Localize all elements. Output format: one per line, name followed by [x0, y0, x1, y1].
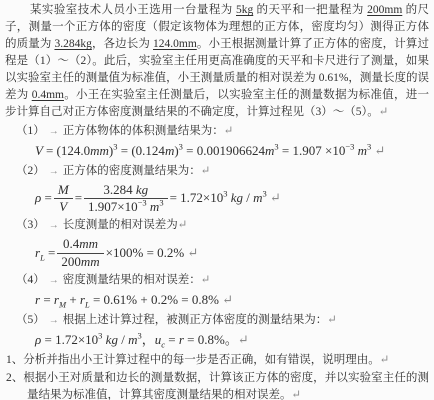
density-formula-result: = 1.72×103 kg / m3 ↵	[170, 190, 281, 207]
step-1-heading: （1）→正方体物体的体积测量结果为：↵	[16, 123, 429, 140]
step-4-heading: （4）→密度测量结果的相对误差：↵	[16, 272, 429, 289]
relative-error-formula: r = rM + rL = 0.61% + 0.2% = 0.8% ↵	[35, 292, 429, 309]
length-error-result: ×100% = 0.2% ↵	[106, 245, 199, 262]
density-formula: ρ = M V = 3.284 kg 1.907×10−3 m3 = 1.72×…	[35, 182, 429, 216]
numeric-fraction: 3.284 kg 1.907×10−3 m3	[84, 182, 168, 216]
length-error-formula: rL = 0.4mm 200mm ×100% = 0.2% ↵	[35, 236, 429, 270]
step-3-heading: （3）→长度测量的相对误差为↵	[16, 217, 429, 234]
fraction-numerator: M	[54, 182, 73, 199]
fraction-numerator: 0.4mm	[57, 236, 103, 253]
length-error-fraction: 0.4mm 200mm	[57, 236, 103, 270]
intro-paragraph: 某实验室技术人员小王选用一台量程为 5kg 的天平和一把量程为 200mm 的尺…	[5, 2, 429, 121]
volume-formula: V = (124.0mm)3 = (0.124m)3 = 0.001906624…	[35, 143, 429, 160]
equals-sign: =	[75, 190, 82, 207]
mass-over-volume-fraction: M V	[54, 182, 73, 216]
fraction-denominator: 1.907×10−3 m3	[84, 199, 168, 215]
document: 某实验室技术人员小王选用一台量程为 5kg 的天平和一把量程为 200mm 的尺…	[0, 0, 434, 400]
final-result-formula: ρ = 1.72×103 kg / m3，uc = r = 0.8%。↵	[35, 332, 429, 349]
step-5-heading: （5）→根据上述计算过程，被测正方体密度的测量结果为：↵	[16, 312, 429, 329]
step-2-heading: （2）→正方体的密度测量结果为：↵	[16, 163, 429, 180]
fraction-denominator: 200mm	[57, 254, 103, 270]
question-2: 2、根据小王对质量和边长的测量数据，计算该正方体的密度，并以实验室主任的测量结果…	[6, 370, 429, 400]
density-formula-lhs: ρ =	[35, 190, 52, 207]
length-error-lhs: rL =	[35, 245, 55, 262]
fraction-denominator: V	[54, 199, 73, 215]
fraction-numerator: 3.284 kg	[84, 182, 168, 199]
question-1: 1、分析并指出小王计算过程中的每一步是否正确，如有错误，说明理由。↵	[6, 352, 429, 369]
